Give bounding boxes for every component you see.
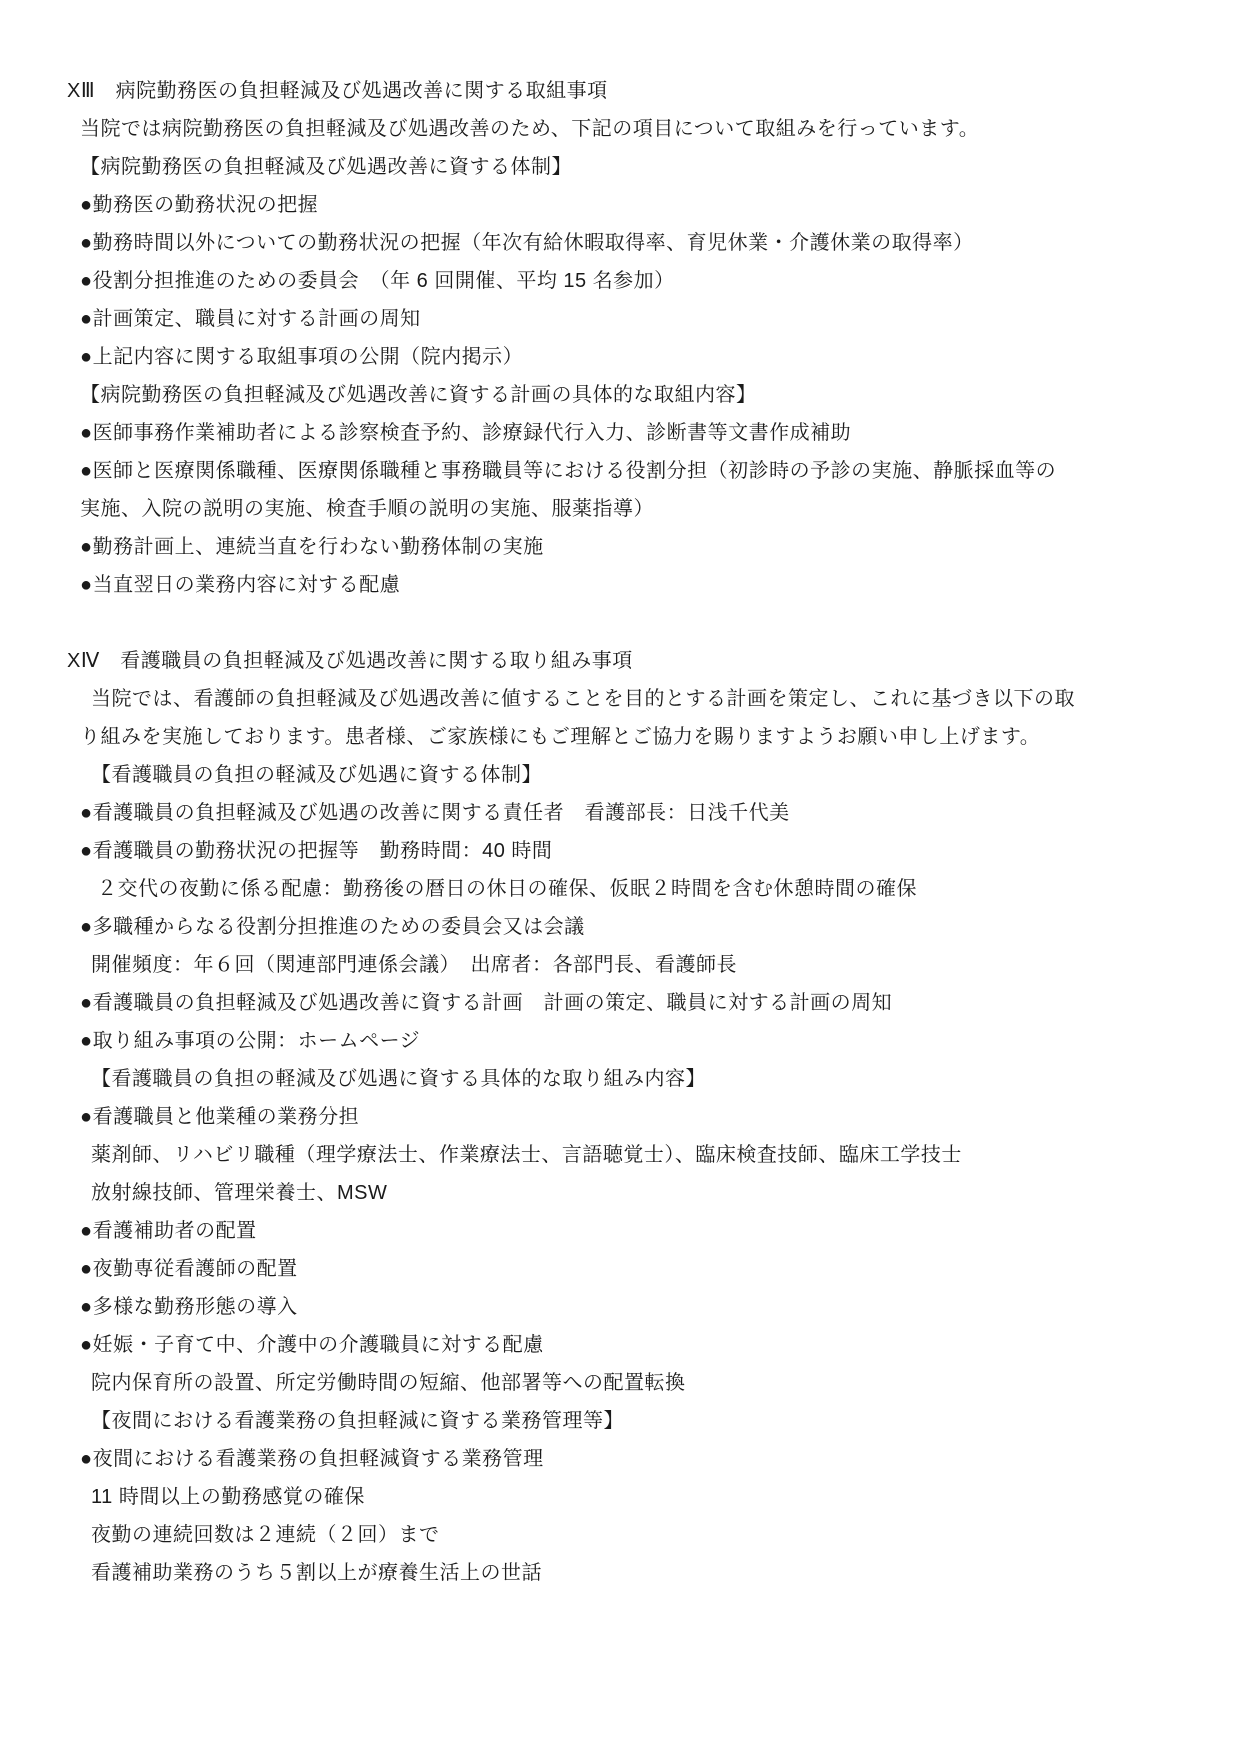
document-line: 【看護職員の負担の軽減及び処遇に資する体制】 (67, 756, 1201, 794)
document-line: ●多様な勤務形態の導入 (67, 1288, 1201, 1326)
document-line: 11 時間以上の勤務感覚の確保 (67, 1478, 1201, 1516)
document-line: ●勤務医の勤務状況の把握 (67, 186, 1201, 224)
document-line: ●夜間における看護業務の負担軽減資する業務管理 (67, 1440, 1201, 1478)
document-line: 放射線技師、管理栄養士、MSW (67, 1174, 1201, 1212)
document-line: 当院では、看護師の負担軽減及び処遇改善に値することを目的とする計画を策定し、これ… (67, 680, 1201, 718)
document-line: ２交代の夜勤に係る配慮：勤務後の暦日の休日の確保、仮眠２時間を含む休憩時間の確保 (67, 870, 1201, 908)
document-line: ●医師と医療関係職種、医療関係職種と事務職員等における役割分担（初診時の予診の実… (67, 452, 1201, 490)
document-line: 薬剤師、リハビリ職種（理学療法士、作業療法士、言語聴覚士）、臨床検査技師、臨床工… (67, 1136, 1201, 1174)
document-line: ●看護補助者の配置 (67, 1212, 1201, 1250)
document-line: 実施、入院の説明の実施、検査手順の説明の実施、服薬指導） (67, 490, 1201, 528)
blank-line (67, 604, 1201, 642)
document-line: ●取り組み事項の公開：ホームページ (67, 1022, 1201, 1060)
document-line: ●妊娠・子育て中、介護中の介護職員に対する配慮 (67, 1326, 1201, 1364)
document-line: ●勤務時間以外についての勤務状況の把握（年次有給休暇取得率、育児休業・介護休業の… (67, 224, 1201, 262)
document-line: り組みを実施しております。患者様、ご家族様にもご理解とご協力を賜りますようお願い… (67, 718, 1201, 756)
document-line: 院内保育所の設置、所定労働時間の短縮、他部署等への配置転換 (67, 1364, 1201, 1402)
document-line: ●上記内容に関する取組事項の公開（院内掲示） (67, 338, 1201, 376)
section-heading: XⅣ 看護職員の負担軽減及び処遇改善に関する取り組み事項 (67, 642, 1201, 680)
document-line: 看護補助業務のうち５割以上が療養生活上の世話 (67, 1554, 1201, 1592)
document-line: 【病院勤務医の負担軽減及び処遇改善に資する計画の具体的な取組内容】 (67, 376, 1201, 414)
document-line: 開催頻度：年６回（関連部門連係会議） 出席者：各部門長、看護師長 (67, 946, 1201, 984)
document-line: 【看護職員の負担の軽減及び処遇に資する具体的な取り組み内容】 (67, 1060, 1201, 1098)
document-line: ●多職種からなる役割分担推進のための委員会又は会議 (67, 908, 1201, 946)
document-page: XⅢ 病院勤務医の負担軽減及び処遇改善に関する取組事項当院では病院勤務医の負担軽… (0, 0, 1241, 1755)
document-line: 夜勤の連続回数は２連続（２回）まで (67, 1516, 1201, 1554)
section-heading: XⅢ 病院勤務医の負担軽減及び処遇改善に関する取組事項 (67, 72, 1201, 110)
document-line: 【夜間における看護業務の負担軽減に資する業務管理等】 (67, 1402, 1201, 1440)
document-line: ●看護職員の勤務状況の把握等 勤務時間：40 時間 (67, 832, 1201, 870)
document-line: ●看護職員の負担軽減及び処遇の改善に関する責任者 看護部長：日浅千代美 (67, 794, 1201, 832)
document-line: ●勤務計画上、連続当直を行わない勤務体制の実施 (67, 528, 1201, 566)
document-line: 【病院勤務医の負担軽減及び処遇改善に資する体制】 (67, 148, 1201, 186)
document-content: XⅢ 病院勤務医の負担軽減及び処遇改善に関する取組事項当院では病院勤務医の負担軽… (67, 72, 1201, 1592)
document-line: 当院では病院勤務医の負担軽減及び処遇改善のため、下記の項目について取組みを行って… (67, 110, 1201, 148)
document-line: ●当直翌日の業務内容に対する配慮 (67, 566, 1201, 604)
document-line: ●看護職員と他業種の業務分担 (67, 1098, 1201, 1136)
document-line: ●役割分担推進のための委員会 （年 6 回開催、平均 15 名参加） (67, 262, 1201, 300)
document-line: ●夜勤専従看護師の配置 (67, 1250, 1201, 1288)
document-line: ●計画策定、職員に対する計画の周知 (67, 300, 1201, 338)
document-line: ●医師事務作業補助者による診察検査予約、診療録代行入力、診断書等文書作成補助 (67, 414, 1201, 452)
document-line: ●看護職員の負担軽減及び処遇改善に資する計画 計画の策定、職員に対する計画の周知 (67, 984, 1201, 1022)
